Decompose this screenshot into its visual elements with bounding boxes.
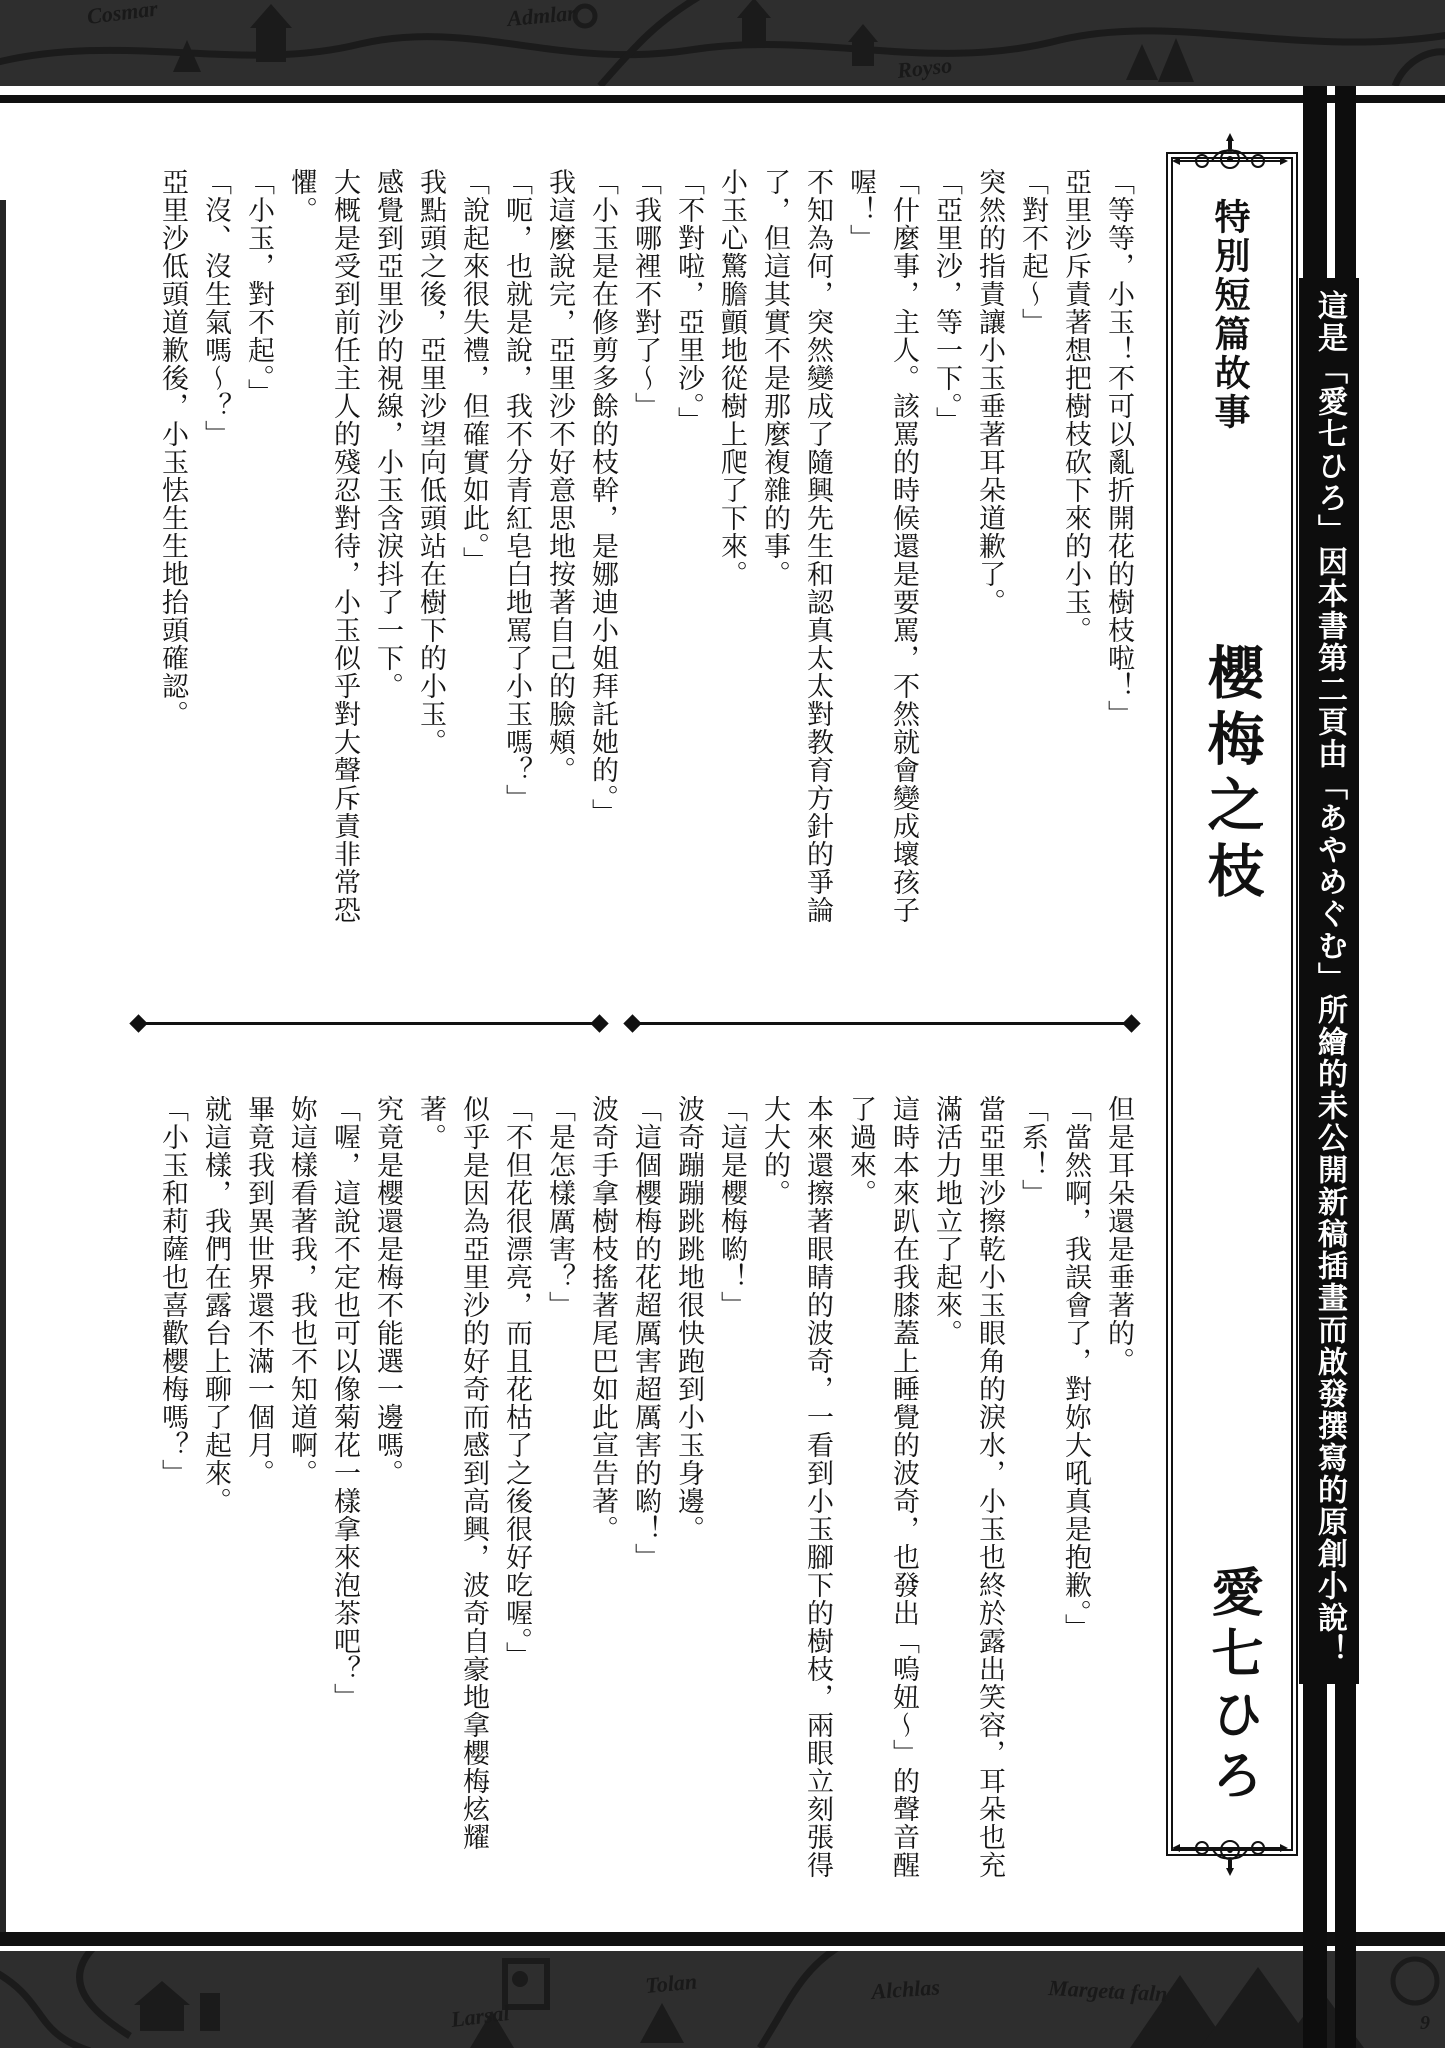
paragraph: 我點頭之後，亞里沙望向低頭站在樹下的小玉。: [409, 168, 452, 931]
map-label: Alchlas: [869, 1974, 941, 2004]
paragraph: 突然的指責讓小玉垂著耳朵道歉了。: [968, 168, 1011, 931]
paragraph: 「說起來很失禮，但確實如此。」: [452, 168, 495, 931]
diamond-icon: [590, 1014, 608, 1032]
paragraph: 本來還擦著眼睛的波奇，一看到小玉腳下的樹枝，兩眼立刻張得大大的。: [753, 1095, 839, 1886]
paragraph: 我這麼說完，亞里沙不好意思地按著自己的臉頰。: [538, 168, 581, 931]
separator-line: [138, 1022, 600, 1025]
story-top-section: 「等等，小玉！不可以亂折開花的樹枝啦！」亞里沙斥責著想把樹枝砍下來的小玉。「對不…: [132, 168, 1140, 931]
paragraph: 「當然啊，我誤會了，對妳大吼真是抱歉。」: [1054, 1095, 1097, 1886]
diamond-icon: [623, 1014, 641, 1032]
author-name: 愛七ひろ: [1202, 1565, 1260, 1809]
paragraph: 究竟是櫻還是梅不能選一邊嗎。: [366, 1095, 409, 1886]
map-label: Cosmar: [86, 0, 160, 29]
paragraph: 就這樣，我們在露台上聊了起來。: [194, 1095, 237, 1886]
diamond-icon: [129, 1014, 147, 1032]
paragraph: 「沒、沒生氣嗎～？」: [194, 168, 237, 931]
bottom-frame-rule: [0, 1932, 1445, 1946]
story-title: 櫻梅之枝: [1198, 643, 1262, 907]
map-label: Admlar: [504, 0, 577, 31]
map-art-top: Cosmar Admlar Royso: [0, 0, 1445, 86]
paragraph: 不知為何，突然變成了隨興先生和認真太太對教育方針的爭論了，但這其實不是那麼複雜的…: [753, 168, 839, 931]
flourish-ornament-top: [1172, 131, 1288, 175]
paragraph: 這時本來趴在我膝蓋上睡覺的波奇，也發出「嗚妞～」的聲音醒了過來。: [839, 1095, 925, 1886]
paragraph: 「不但花很漂亮，而且花枯了之後很好吃喔。」: [495, 1095, 538, 1886]
paragraph: 亞里沙斥責著想把樹枝砍下來的小玉。: [1054, 168, 1097, 931]
paragraph: 畢竟我到異世界還不滿一個月。: [237, 1095, 280, 1886]
paragraph: 大概是受到前任主人的殘忍對待，小玉似乎對大聲斥責非常恐懼。: [280, 168, 366, 931]
paragraph: 「我哪裡不對了～」: [624, 168, 667, 931]
paragraph: 「這是櫻梅喲！」: [710, 1095, 753, 1886]
paragraph: 「對不起～」: [1011, 168, 1054, 931]
map-label: 9: [1420, 2012, 1430, 2034]
paragraph: 波奇手拿樹枝搖著尾巴如此宣告著。: [581, 1095, 624, 1886]
paragraph: 「呃，也就是說，我不分青紅皂白地罵了小玉嗎？」: [495, 168, 538, 931]
map-label: Tolan: [644, 1969, 698, 1998]
paragraph: 「不對啦，亞里沙。」: [667, 168, 710, 931]
map-art-bottom: Larsal Tolan Alchlas Margeta faln 9: [0, 1951, 1445, 2048]
obi-headline-box: 這是「愛七ひろ」因本書第二頁由「あやめぐむ」所繪的未公開新稿插畫而啟發撰寫的原創…: [1299, 278, 1359, 1684]
paragraph: 亞里沙低頭道歉後，小玉怯生生地抬頭確認。: [151, 168, 194, 931]
paragraph: 「喔，這說不定也可以像菊花一樣拿來泡茶吧？」: [323, 1095, 366, 1886]
paragraph: 「這個櫻梅的花超厲害超厲害的喲！」: [624, 1095, 667, 1886]
paragraph: 「小玉是在修剪多餘的枝幹，是娜迪小姐拜託她的。」: [581, 168, 624, 931]
flourish-ornament-bottom: [1172, 1834, 1288, 1878]
paragraph: 當亞里沙擦乾小玉眼角的淚水，小玉也終於露出笑容，耳朵也充滿活力地立了起來。: [925, 1095, 1011, 1886]
top-frame-rule: [0, 95, 1445, 103]
story-kicker: 特別短篇故事: [1208, 198, 1252, 432]
page-left-edge: [0, 200, 6, 1932]
separator-line: [632, 1022, 1132, 1025]
paragraph: 「什麼事，主人。該罵的時候還是要罵，不然就會變成壞孩子喔！」: [839, 168, 925, 931]
map-label: Royso: [895, 52, 953, 83]
paragraph: 但是耳朵還是垂著的。: [1097, 1095, 1140, 1886]
bottom-map-border: Larsal Tolan Alchlas Margeta faln 9: [0, 1951, 1445, 2048]
paragraph: 小玉心驚膽顫地從樹上爬了下來。: [710, 168, 753, 931]
map-label: Larsal: [449, 2000, 512, 2032]
book-page: Cosmar Admlar Royso: [0, 0, 1445, 2048]
story-bottom-section: 但是耳朵還是垂著的。「當然啊，我誤會了，對妳大吼真是抱歉。」「系！」當亞里沙擦乾…: [132, 1095, 1140, 1886]
paragraph: 「小玉和莉薩也喜歡櫻梅嗎？」: [151, 1095, 194, 1886]
top-map-border: Cosmar Admlar Royso: [0, 0, 1445, 86]
paragraph: 妳這樣看著我，我也不知道啊。: [280, 1095, 323, 1886]
paragraph: 感覺到亞里沙的視線，小玉含淚抖了一下。: [366, 168, 409, 931]
map-label: Margeta faln: [1047, 1975, 1168, 2006]
paragraph: 「是怎樣厲害？」: [538, 1095, 581, 1886]
diamond-icon: [1122, 1014, 1140, 1032]
obi-headline: 這是「愛七ひろ」因本書第二頁由「あやめぐむ」所繪的未公開新稿插畫而啟發撰寫的原創…: [1299, 290, 1359, 1684]
paragraph: 「系！」: [1011, 1095, 1054, 1886]
paragraph: 「亞里沙，等一下。」: [925, 168, 968, 931]
paragraph: 「等等，小玉！不可以亂折開花的樹枝啦！」: [1097, 168, 1140, 931]
paragraph: 「小玉，對不起。」: [237, 168, 280, 931]
paragraph: 似乎是因為亞里沙的好奇而感到高興，波奇自豪地拿櫻梅炫耀著。: [409, 1095, 495, 1886]
section-separator: [0, 1015, 1445, 1033]
paragraph: 波奇蹦蹦跳跳地很快跑到小玉身邊。: [667, 1095, 710, 1886]
